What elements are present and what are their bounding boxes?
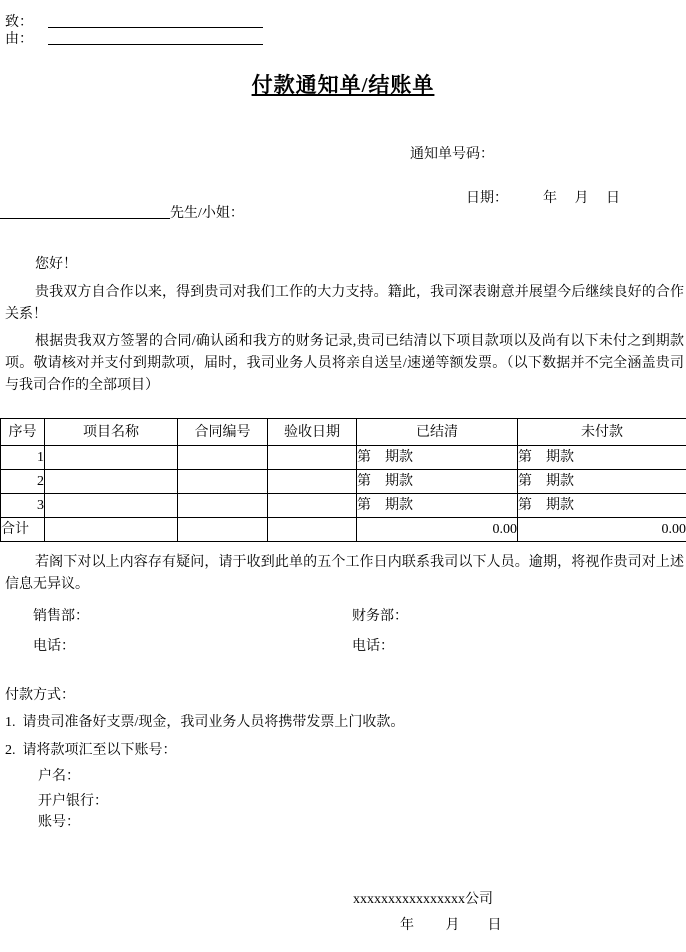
row-index-cell: 2	[1, 470, 45, 494]
footer-date-line: 年 月 日	[400, 917, 686, 934]
col-header-accept-date: 验收日期	[268, 419, 357, 446]
notice-number-line: 通知单号码：	[410, 146, 686, 163]
from-blank-line	[48, 29, 263, 45]
accept-date-cell	[268, 494, 357, 518]
table-header-row: 序号 项目名称 合同编号 验收日期 已结清 未付款	[1, 419, 686, 446]
contract-cell	[178, 494, 268, 518]
contract-cell	[178, 470, 268, 494]
total-settled-cell: 0.00	[357, 518, 518, 542]
table-row: 2 第 期款 第 期款	[1, 470, 686, 494]
date-line: 日期： 年 月 日	[452, 173, 686, 190]
finance-dept-label: 财务部：	[352, 608, 408, 625]
project-cell	[45, 446, 178, 470]
from-line: 由：	[5, 29, 686, 46]
project-cell	[45, 470, 178, 494]
row-index-cell: 1	[1, 446, 45, 470]
to-blank-line	[48, 12, 263, 28]
col-header-project: 项目名称	[45, 419, 178, 446]
col-header-settled: 已结清	[357, 419, 518, 446]
sales-dept-label: 销售部：	[33, 608, 352, 625]
col-header-unpaid: 未付款	[518, 419, 686, 446]
addressee-suffix: 先生/小姐：	[170, 206, 244, 221]
accept-date-cell	[268, 446, 357, 470]
total-unpaid-cell: 0.00	[518, 518, 686, 542]
to-line: 致：	[5, 12, 686, 29]
settled-cell: 第 期款	[357, 470, 518, 494]
settled-cell: 第 期款	[357, 494, 518, 518]
finance-phone-label: 电话：	[352, 638, 394, 655]
col-header-contract: 合同编号	[178, 419, 268, 446]
items-table: 序号 项目名称 合同编号 验收日期 已结清 未付款 1 第 期款 第 期款 2 …	[0, 418, 686, 542]
settled-cell: 第 期款	[357, 446, 518, 470]
paragraph-followup: 若阁下对以上内容存有疑问，请于收到此单的五个工作日内联系我司以下人员。逾期，将视…	[5, 552, 684, 596]
contract-cell	[178, 518, 268, 542]
table-row: 3 第 期款 第 期款	[1, 494, 686, 518]
payment-method-heading: 付款方式：	[5, 687, 686, 704]
account-name-label: 户名：	[38, 768, 686, 785]
table-row: 1 第 期款 第 期款	[1, 446, 686, 470]
contacts-dept-row: 销售部： 财务部：	[0, 608, 686, 625]
sales-phone-label: 电话：	[33, 638, 352, 655]
contract-cell	[178, 446, 268, 470]
paragraph-notice: 根据贵我双方签署的合同/确认函和我方的财务记录,贵司已结清以下项目款项以及尚有以…	[5, 331, 684, 397]
contacts-block: 销售部： 财务部： 电话： 电话：	[0, 608, 686, 655]
footer-company-name: xxxxxxxxxxxxxxxx公司	[353, 891, 686, 908]
accept-date-cell	[268, 470, 357, 494]
title-row: 付款通知单/结账单	[0, 72, 686, 102]
account-number-label: 账号：	[38, 814, 686, 831]
greeting: 您好！	[5, 256, 684, 273]
page-title: 付款通知单/结账单	[252, 73, 435, 97]
from-label: 由：	[5, 32, 33, 47]
contacts-phone-row: 电话： 电话：	[0, 638, 686, 655]
project-cell	[45, 494, 178, 518]
row-index-cell: 3	[1, 494, 45, 518]
unpaid-cell: 第 期款	[518, 494, 686, 518]
to-label: 致：	[5, 15, 33, 30]
unpaid-cell: 第 期款	[518, 446, 686, 470]
total-label-cell: 合计	[1, 518, 45, 542]
payment-notice-document: 致： 由： 付款通知单/结账单 通知单号码： 日期： 年 月 日 先生/小姐： …	[0, 0, 686, 952]
project-cell	[45, 518, 178, 542]
col-header-index: 序号	[1, 419, 45, 446]
date-label: 日期： 年 月 日	[466, 191, 620, 206]
addressee-blank-line	[0, 203, 170, 219]
bank-label: 开户银行：	[38, 793, 686, 810]
payment-item-1: 1. 请贵司准备好支票/现金，我司业务人员将携带发票上门收款。	[5, 714, 686, 731]
accept-date-cell	[268, 518, 357, 542]
notice-number-label: 通知单号码：	[410, 147, 494, 162]
paragraph-thanks: 贵我双方自合作以来，得到贵司对我们工作的大力支持。籍此，我司深表谢意并展望今后继…	[5, 282, 684, 326]
unpaid-cell: 第 期款	[518, 470, 686, 494]
table-total-row: 合计 0.00 0.00	[1, 518, 686, 542]
payment-item-2: 2. 请将款项汇至以下账号：	[5, 742, 686, 759]
